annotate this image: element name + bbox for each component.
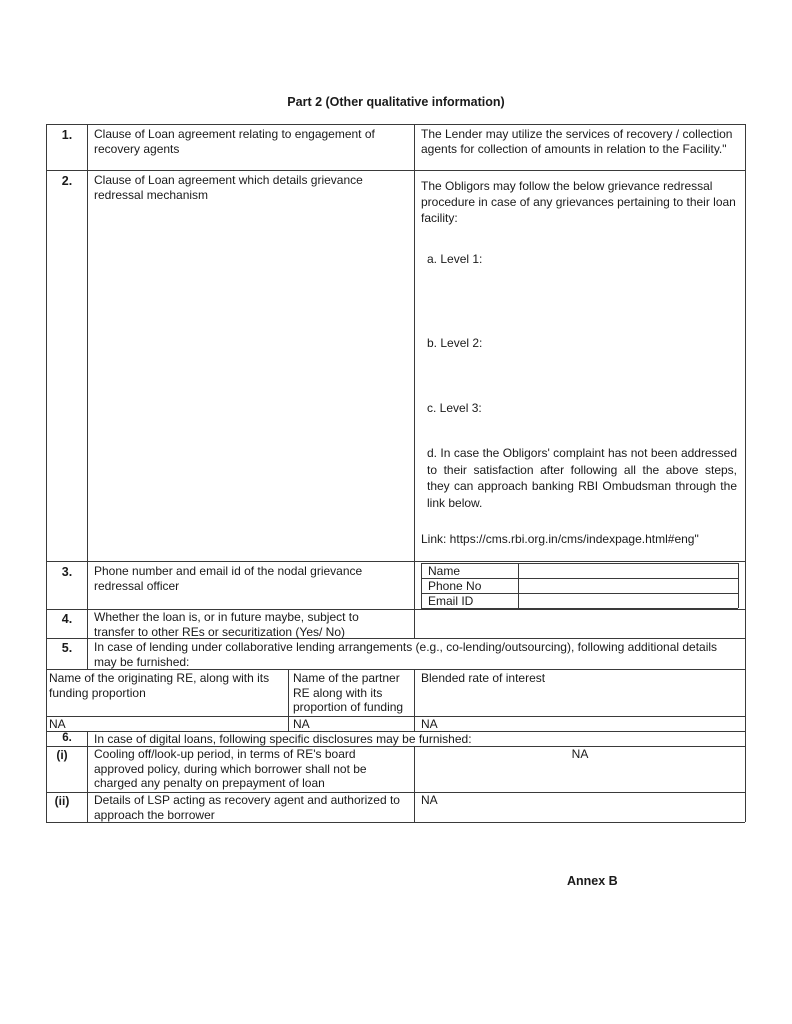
sub-row-label: Cooling off/look-up period, in terms of …	[94, 747, 394, 791]
row-label: Whether the loan is, or in future maybe,…	[94, 610, 394, 639]
sub-row-number: (ii)	[42, 794, 82, 808]
row-label: Clause of Loan agreement relating to eng…	[94, 127, 406, 156]
inner-border	[518, 563, 519, 608]
row-divider	[46, 170, 745, 171]
ombudsman-link[interactable]: Link: https://cms.rbi.org.in/cms/indexpa…	[421, 532, 699, 547]
grievance-ombudsman: d. In case the Obligors' complaint has n…	[427, 445, 737, 511]
page-title: Part 2 (Other qualitative information)	[0, 95, 792, 109]
row-label: In case of lending under collaborative l…	[94, 640, 739, 669]
col-header-blended-rate: Blended rate of interest	[421, 671, 739, 686]
row-value: The Lender may utilize the services of r…	[421, 127, 739, 156]
table-border-bottom	[46, 822, 745, 823]
partner-re-value: NA	[293, 717, 310, 732]
row-divider	[46, 561, 745, 562]
row-number: 2.	[47, 174, 87, 188]
row-number: 5.	[47, 641, 87, 655]
sub-row-number: (i)	[42, 748, 82, 762]
table-border-left	[46, 124, 47, 822]
col-divider-num	[87, 124, 88, 669]
inner-border	[421, 563, 738, 564]
table-border-right	[745, 124, 746, 822]
row-label: Clause of Loan agreement which details g…	[94, 173, 394, 202]
col-divider-value	[414, 124, 415, 638]
table-border-top	[46, 124, 745, 125]
row-divider	[46, 669, 745, 670]
row-number: 6.	[47, 732, 87, 744]
blended-rate-value: NA	[421, 717, 438, 732]
contact-email-label: Email ID	[428, 594, 473, 609]
row-number: 4.	[47, 612, 87, 626]
col-divider-value	[414, 669, 415, 731]
originating-re-value: NA	[49, 717, 66, 732]
inner-border	[738, 563, 739, 608]
grievance-intro: The Obligors may follow the below grieva…	[421, 178, 739, 226]
contact-phone-label: Phone No	[428, 579, 481, 594]
contact-name-label: Name	[428, 564, 460, 579]
sub-row-label: Details of LSP acting as recovery agent …	[94, 793, 412, 822]
row-number: 3.	[47, 565, 87, 579]
grievance-level-3: c. Level 3:	[427, 401, 482, 416]
grievance-level-1: a. Level 1:	[427, 252, 482, 267]
lsp-recovery-value: NA	[421, 793, 438, 808]
col-header-originating-re: Name of the originating RE, along with i…	[49, 671, 283, 700]
row-number: 1.	[47, 128, 87, 142]
col-header-partner-re: Name of the partner RE along with its pr…	[293, 671, 413, 715]
row-label: Phone number and email id of the nodal g…	[94, 564, 394, 593]
col-divider-partner	[288, 669, 289, 731]
inner-border	[421, 563, 422, 608]
row-divider	[46, 716, 745, 717]
cooling-off-value: NA	[415, 747, 745, 762]
row-label: In case of digital loans, following spec…	[94, 732, 739, 747]
grievance-level-2: b. Level 2:	[427, 336, 482, 351]
annex-heading: Annex B	[567, 874, 618, 888]
col-divider-num	[87, 731, 88, 822]
